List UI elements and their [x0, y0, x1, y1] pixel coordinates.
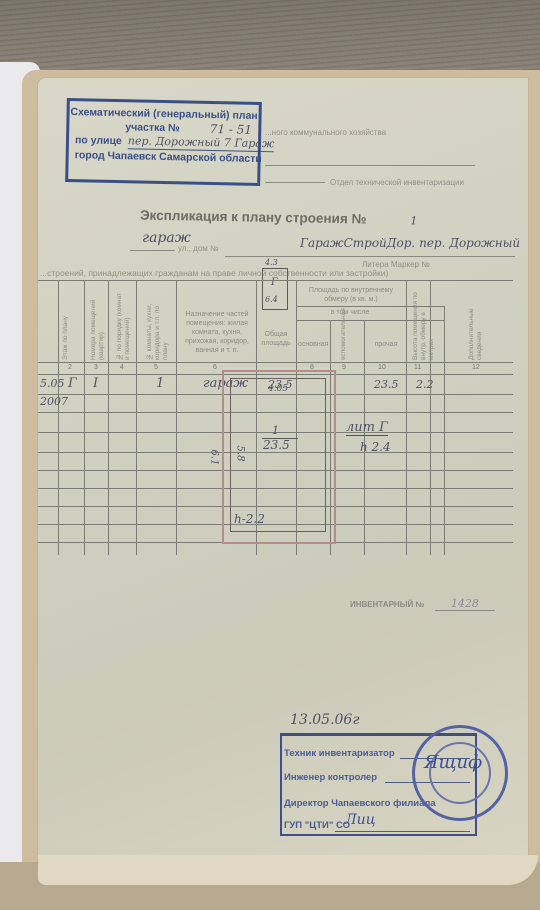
technician-label: Техник инвентаризатор	[284, 748, 395, 759]
small-plan-top: 4.3	[265, 258, 278, 267]
header-faint-1: ...ного коммунального хозяйства	[265, 128, 386, 137]
col-header-7: Общая площадь	[258, 330, 294, 348]
stamp-plot-number: 71 - 51	[210, 122, 253, 137]
street-label: ул., дом №	[178, 244, 219, 253]
col-header-8: основная	[298, 340, 328, 349]
col-num-12: 12	[472, 364, 480, 371]
col-num-6: 6	[213, 364, 217, 371]
cell-floor: I	[93, 376, 98, 391]
plan-height-label: h-2.2	[234, 512, 265, 526]
inventory-label: ИНВЕНТАРНЫЙ №	[350, 600, 424, 609]
col-header-10: прочая	[366, 340, 406, 349]
col-num-9: 9	[342, 364, 346, 371]
page-curl-edge	[38, 855, 538, 885]
plan-length-inner: 5.8	[234, 446, 245, 462]
signature-technician: Ящиф	[424, 752, 482, 773]
col-num-2: 2	[68, 364, 72, 371]
plan-room-number: 1	[272, 424, 279, 437]
signature-date: 13.05.06г	[290, 712, 359, 728]
col-num-10: 10	[378, 364, 386, 371]
col-header-11: Высота помещения по внутр. обмеру в метр…	[412, 290, 436, 360]
cell-liter: Г	[68, 376, 77, 391]
plan-room-area: 23.5	[263, 438, 290, 452]
director-label: Директор Чапаевского филиала	[284, 798, 436, 809]
address-line-a	[130, 250, 175, 251]
col-header-9: вспомогательная	[340, 325, 348, 360]
address-handwritten: ГаражСтройДор. пер. Дорожный	[300, 236, 520, 250]
col-header-3: Номера помещений (квартир)	[90, 290, 106, 360]
inventory-value: 1428	[435, 597, 495, 611]
plan-stamp: Схематический (генеральный) план участка…	[65, 98, 262, 186]
plan-length-outer: 6.1	[208, 450, 219, 466]
header-underline-2	[265, 182, 325, 183]
col-header-6: Назначение частей помещения: жилая комна…	[180, 310, 254, 355]
stamp-plot-label: участка №	[125, 120, 180, 135]
cell-room: 1	[156, 376, 164, 391]
subtitle: ...строений, принадлежащих гражданам на …	[40, 268, 388, 278]
org-sign-line	[335, 831, 470, 832]
engineer-label: Инженер контролер	[284, 772, 377, 783]
inventory-number: ИНВЕНТАРНЫЙ № 1428	[350, 594, 495, 612]
plan-width-label: 4.05	[268, 384, 288, 394]
col-header-5: № комнаты, кухни, коридора и т.п. по пла…	[146, 290, 170, 360]
col-header-2: Этаж по плану	[62, 290, 70, 360]
header-underline	[265, 165, 475, 166]
col-num-3: 3	[94, 364, 98, 371]
plan-liter-note: лит Г	[346, 420, 388, 436]
col-header-4: № по порядку (комнат и помещений)	[116, 290, 132, 360]
col-header-12: Дополнительные сведения	[468, 290, 484, 360]
round-seal	[412, 725, 508, 821]
col-num-11: 11	[414, 364, 421, 371]
cell-height: 2.2	[416, 378, 434, 391]
org-label: ГУП "ЦТИ" СО	[284, 820, 350, 831]
subgroup-header: в том числе	[300, 308, 400, 317]
cell-other: 23.5	[374, 378, 399, 391]
plan-height-note: h 2.4	[360, 440, 391, 454]
building-number: 1	[410, 214, 417, 227]
stamp-line-4: город Чапаевск Самарской области	[75, 148, 252, 166]
col-num-4: 4	[120, 364, 124, 371]
stamp-street-label: по улице	[75, 133, 122, 149]
group-header: Площадь по внутреннему обмеру (в кв. м.)	[298, 286, 404, 304]
side-note-1: 5.05	[40, 377, 65, 390]
address-line-b	[225, 256, 515, 257]
col-num-5: 5	[154, 364, 158, 371]
signature-director: Лиц	[345, 812, 375, 828]
side-note-2: 2007	[40, 395, 68, 408]
header-faint-2: Отдел технической инвентаризации	[330, 178, 464, 187]
